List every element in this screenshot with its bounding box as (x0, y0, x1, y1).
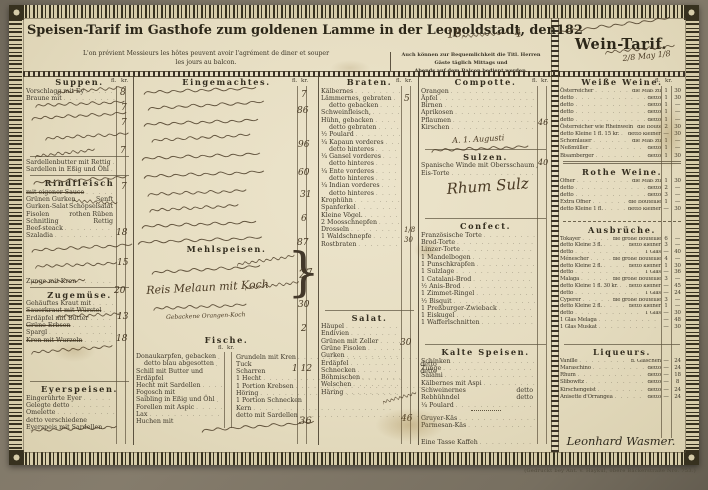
dot-leader (375, 118, 400, 124)
menu-row: Kren mit Wurzeln (26, 337, 133, 344)
wine-measure: detto (647, 193, 661, 199)
dot-leader (480, 440, 535, 446)
wine-measure: die große Bouteille (613, 257, 661, 262)
dot-leader (575, 311, 643, 316)
dot-leader (373, 110, 400, 116)
section-title-eingemachtes: Eingemachtes. (136, 78, 317, 87)
price-fl: 2 (661, 125, 671, 131)
dish-name: Spanische Winde mit Obersschaum , (421, 163, 538, 169)
dot-leader (473, 277, 535, 283)
dot-leader (380, 103, 400, 109)
column-compote-confect: Compotte. Orangen Äpfel Birnen Aprikosen… (421, 77, 550, 447)
dot-leader (365, 213, 400, 219)
subtitle-french: L'on prévient Messieurs les hôtes peuven… (27, 50, 385, 67)
wine-row: Neßmüllerdetto1— (560, 146, 684, 153)
price-kr: 18 (671, 373, 684, 379)
subtitle-french-line1: L'on prévient Messieurs les hôtes peuven… (27, 50, 385, 59)
wine-name: detto (560, 186, 574, 192)
dish-name: Parmesan-Käs (421, 423, 466, 429)
dot-leader (598, 388, 646, 394)
dot-leader (576, 96, 646, 102)
wine-measure: die Bouteille (637, 125, 661, 131)
wine-measure: detto (647, 154, 661, 160)
wine-measure: detto kleiner (629, 243, 661, 248)
dot-leader (604, 264, 627, 269)
dish-name: Gurken (321, 353, 345, 359)
dot-leader (452, 171, 535, 177)
price-fl: — (661, 318, 671, 323)
section-compotte: Orangen Äpfel Birnen Aprikosen Pflaumen … (421, 88, 550, 132)
dot-leader (355, 198, 400, 204)
price-fl: 1 (661, 179, 671, 185)
dot-leader (599, 318, 659, 323)
price-fl: — (661, 380, 671, 386)
price-kr: 30 (671, 311, 684, 316)
dish-name: Rostbraten (321, 242, 356, 248)
wine-name: Extra Ofner (560, 200, 591, 206)
dot-leader (484, 233, 535, 239)
section-title-rothe-weine: Rothe Weine. (560, 168, 684, 177)
wine-measure: detto (647, 380, 661, 386)
dish-name: Vorschlagg mit Ey (26, 89, 84, 95)
section-title-liqueurs: Liqueurs. (560, 348, 684, 357)
dot-leader (443, 366, 535, 372)
dot-leader (353, 382, 400, 388)
dish-name: 1 Portion Schnecken (236, 398, 302, 404)
border-ornament-top (9, 5, 699, 18)
dot-leader (355, 89, 400, 95)
title-text: Speisen-Tarif im Gasthofe zum goldenen L… (27, 23, 556, 38)
dish-name: Kälbernes mit Aspi (421, 381, 482, 387)
section-eyerspeisen: Eingerührte Eyer Gelegte detto Omelette … (26, 395, 133, 431)
menu-row: Häring (321, 389, 418, 396)
border-ornament-right (686, 5, 699, 465)
wine-measure: detto (647, 110, 661, 116)
dot-leader (362, 375, 400, 381)
dot-leader (378, 125, 400, 131)
wine-measure: detto (647, 373, 661, 379)
dot-leader (93, 301, 115, 307)
wine-measure: 1 Glas (645, 270, 661, 275)
dish-name-right: Schöpselsalat (69, 204, 115, 210)
dot-leader (73, 323, 115, 329)
wine-name: detto (560, 250, 573, 255)
menu-row: Sardellen in Eßig und Öhl (26, 167, 133, 174)
dot-leader (86, 89, 115, 95)
wine-measure: detto kleiner (629, 264, 661, 269)
dish-name: Grundeln mit Kren (236, 355, 296, 361)
menu-row: ¼ Poulard (421, 402, 550, 409)
section-sulzen: Spanische Winde mit Obersschaum , Eis-To… (421, 163, 550, 178)
menu-row: Spanische Winde mit Obersschaum , (421, 163, 550, 170)
dish-name: Linzer-Torte (421, 247, 460, 253)
section-title-mehlspeisen: Mehlspeisen. (136, 245, 317, 254)
wine-measure: detto (647, 103, 661, 109)
price-fl: 1 (661, 154, 671, 160)
wine-name: detto (560, 270, 573, 275)
liqueur-name: Kirschengeist (560, 388, 596, 394)
dot-leader (576, 118, 646, 124)
row-kaffeh: Eine Tasse Kaffeh (421, 440, 550, 447)
dot-leader (593, 366, 646, 372)
dot-leader (65, 226, 115, 232)
dish-name: Salami (421, 373, 443, 379)
section-title-sulzen: Sulzen. (421, 153, 550, 162)
dish-name: ¼ Indian vorderes (321, 183, 380, 189)
column-eingemachtes-fische: Eingemachtes. Mehlspeisen. Fische. Donau… (136, 77, 317, 426)
dish-name: Zunge mit Kren (26, 279, 76, 285)
dot-leader (621, 132, 626, 138)
dish-name: Kern (236, 406, 251, 412)
dish-name: Aprikosen (421, 110, 453, 116)
printer-imprint: (Gedruckt bey Ant. v. Haykul, obere Bäck… (430, 468, 696, 474)
handwriting-space (421, 430, 550, 440)
dot-leader (376, 169, 400, 175)
price-fl: — (661, 250, 671, 255)
handwriting-space (26, 240, 133, 278)
wine-row: Bisambergerdetto130 (560, 153, 684, 160)
dot-leader (595, 89, 630, 95)
wine-measure: detto kleiner (628, 207, 661, 213)
dot-leader (91, 316, 116, 322)
price-kr: 24 (671, 291, 684, 296)
handwriting-space (421, 327, 550, 343)
column-soups-beef: Suppen. Vorschlagg mit Ey Braune mit Sar… (26, 77, 133, 432)
dot-leader (216, 362, 222, 368)
dish-name: 1 Wafferlschnitten (421, 320, 480, 326)
section-suppen: Vorschlagg mit Ey Braune mit (26, 88, 133, 103)
column-wine-tarif: Weiße Weine. Österreicherdie Maß zu130 d… (560, 77, 684, 401)
border-ornament-left (9, 5, 22, 465)
section-rindfleisch: mit eigener Sauce Grünen GurkenSenft Gur… (26, 189, 133, 240)
dot-leader (586, 380, 646, 386)
menu-row: 1 Zimmet-Ringel (421, 291, 550, 298)
price-fl: 3 (661, 298, 671, 303)
dish-name: Welschen (321, 382, 351, 388)
liqueur-name: Slibowitz (560, 380, 584, 386)
dot-leader (78, 279, 115, 285)
menu-row: ½ Poulard (321, 132, 418, 139)
wine-name: Schomlauer (560, 139, 591, 145)
dot-leader (604, 304, 627, 309)
signature: Leonhard Wasmer. (556, 434, 686, 448)
price-kr: 30 (671, 89, 684, 95)
wine-name: detto (560, 291, 573, 296)
price-kr: 24 (671, 366, 684, 372)
section-title-kalte-speisen: Kalte Speisen. (421, 348, 550, 357)
liqueur-name: Maraschino (560, 366, 591, 372)
section-ausbrueche: Tokayerdie große Bouteille6— detto Klein… (560, 236, 684, 331)
section-braten: Kälbernes Lämmernes, gebraten detto geba… (321, 88, 418, 249)
menu-row: Spargl (26, 330, 133, 337)
dot-leader (575, 270, 643, 275)
section-kaese: Gruyer-Käs Parmesan-Käs (421, 415, 550, 430)
menu-row: Forellen mit Aspic (136, 404, 224, 411)
dot-leader (379, 220, 400, 226)
price-kr: — (671, 110, 684, 116)
wine-name: detto Kleine 1 fl. 30 kr. (560, 284, 618, 289)
price-kr: — (671, 277, 684, 282)
dot-leader (445, 103, 536, 109)
column-braten-salat: Braten. Kälbernes Lämmernes, gebraten de… (321, 77, 418, 397)
menu-row: Rostbraten (321, 241, 418, 248)
price-fl: 1 (661, 103, 671, 109)
price-fl: 1 (661, 96, 671, 102)
wine-measure: die Bouteille (628, 200, 661, 206)
handwriting-space (321, 249, 418, 309)
wine-name: Cyperer (560, 298, 581, 303)
dish-name: detto hinteres (321, 191, 374, 197)
liqueur-name: Vanille (560, 359, 577, 365)
wine-row: 1 Glas Muskat—30 (560, 324, 684, 331)
dot-leader (203, 383, 223, 389)
dish-name: Eyerspeis mit Sardellen (26, 425, 102, 431)
dish-name: Kälbernes (321, 89, 353, 95)
price-fl: — (661, 132, 671, 138)
price-fl: 3 (661, 277, 671, 282)
wine-row: detto Kleine 1 fl.detto kleiner—30 (560, 207, 684, 214)
wine-name: detto (560, 193, 574, 199)
wine-measure: detto kleiner (628, 132, 661, 138)
dish-name: Endivien (321, 331, 349, 337)
wine-name: Ofner (560, 179, 575, 185)
wine-measure: detto (647, 395, 661, 401)
wine-name: detto (560, 311, 573, 316)
dot-leader (476, 291, 535, 297)
section-confect: Französische Torte Brod-Torte Linzer-Tor… (421, 232, 550, 327)
dot-leader (253, 406, 438, 412)
price-fl: 1 (661, 146, 671, 152)
subtitle-german: Auch können zur Bequemlichkeit die Titl.… (394, 51, 548, 75)
handwriting-space (560, 331, 684, 343)
dot-leader (576, 103, 646, 109)
menu-row: Eine Tasse Kaffeh (421, 440, 550, 447)
wine-name: detto Kleine 1 fl. 15 kr. (560, 132, 619, 138)
dish-name: Huchen mit (136, 419, 173, 426)
handwriting-space (136, 255, 317, 335)
dish-name: Spanferkel (321, 205, 356, 211)
wine-measure: 1 Glas (645, 250, 661, 255)
section-liqueurs: Vanilled. Gläschen—24 Maraschinodetto—24… (560, 358, 684, 401)
price-kr: — (671, 243, 684, 248)
wine-row: Ofnerdie Maß zu130 (560, 178, 684, 185)
dot-leader (620, 284, 627, 289)
dot-leader (599, 325, 659, 330)
wine-name: detto (560, 118, 574, 124)
dish-name: Schweinfleisch, (321, 110, 371, 116)
dot-leader (57, 410, 115, 416)
wine-measure: die Maß zu (632, 139, 661, 145)
dot-leader (380, 339, 400, 345)
menu-row: Braune mit (26, 95, 133, 102)
wine-name: detto Kleine 2 fl. (560, 264, 602, 269)
cheese-divider (471, 410, 501, 413)
menu-row: Äpfel (421, 95, 550, 102)
wine-measure: detto kleiner (629, 284, 661, 289)
dot-leader (64, 96, 115, 102)
dot-leader (71, 403, 115, 409)
dot-leader (596, 154, 646, 160)
dot-leader (451, 125, 535, 131)
wine-row: Slibowitzdetto—8 (560, 380, 684, 387)
wine-name: 1 Glas Melaga (560, 318, 597, 323)
price-kr: 36 (671, 270, 684, 275)
menu-row: Lax (136, 412, 224, 419)
menu-row: Rebhühndeldetto (421, 395, 550, 402)
price-fl: — (661, 359, 671, 365)
price-kr: 8 (671, 380, 684, 386)
dot-leader (376, 176, 400, 182)
dish-name: Häring (321, 390, 343, 396)
dot-leader (84, 396, 115, 402)
liqueur-name: Rhum (560, 373, 576, 379)
price-fl: — (661, 395, 671, 401)
dish-name: Erdäpfel (321, 361, 349, 367)
section-title-compotte: Compotte. (421, 78, 550, 87)
dot-leader (217, 398, 222, 404)
dot-leader (358, 368, 400, 374)
section-title-braten: Braten. (321, 78, 418, 87)
section-divider (563, 161, 681, 167)
price-kr: 30 (671, 179, 684, 185)
dot-leader (445, 373, 535, 379)
wine-row: Anisette d'Orrangeadetto—24 (560, 394, 684, 401)
dish-name: 1 Catalani-Brod (421, 277, 471, 283)
dot-leader (346, 324, 400, 330)
menu-row: Parmesan-Käs (421, 423, 550, 430)
price-kr: — (671, 118, 684, 124)
dot-leader (351, 361, 401, 367)
dot-leader (463, 284, 535, 290)
dot-leader (457, 313, 536, 319)
dot-leader (86, 190, 115, 196)
dot-leader (590, 146, 645, 152)
dish-name: Grünen mit Zeller (321, 339, 378, 345)
dish-name: 1 Waldschnepfe (321, 234, 371, 240)
dot-leader (218, 355, 222, 361)
dot-leader (604, 243, 627, 248)
wine-measure: die Maß zu (632, 89, 661, 95)
dish-name: Rebhühndel (421, 395, 460, 401)
dot-leader (462, 247, 535, 253)
fische-left-list: Donaukarpfen, gebacken detto blau abgeso… (136, 354, 224, 426)
dot-leader (454, 299, 535, 305)
menu-row: Orangen (421, 88, 550, 95)
price-fl: 6 (661, 237, 671, 242)
dot-leader (576, 193, 646, 199)
price-kr: — (671, 304, 684, 309)
section-title-fische: Fische. (136, 336, 317, 345)
dish-name: 1 Hecht (236, 376, 261, 382)
wine-name: detto (560, 110, 574, 116)
dot-leader (196, 405, 222, 411)
price-fl: 3 (661, 243, 671, 248)
dot-leader (582, 237, 610, 242)
dot-leader (576, 110, 646, 116)
price-fl: 2 (661, 186, 671, 192)
wine-name: Ménescher (560, 257, 589, 262)
price-kr: 30 (671, 132, 684, 138)
dot-leader (351, 331, 400, 337)
section-title-rindfleisch: Rindfleisch (26, 179, 133, 188)
handwriting-space (26, 103, 133, 155)
price-kr: 45 (671, 284, 684, 289)
price-kr: — (671, 257, 684, 262)
wine-measure: die Maß zu (632, 179, 661, 185)
dish-name: Gurken-Salat (26, 204, 68, 210)
dish-name: detto hinteres (321, 161, 374, 167)
price-kr: — (671, 103, 684, 109)
dot-leader (84, 338, 115, 344)
dot-leader (457, 240, 535, 246)
dot-leader (455, 110, 535, 116)
photo-background: Speisen-Tarif im Gasthofe zum goldenen L… (0, 0, 708, 490)
section-title-suppen: Suppen. (26, 78, 133, 87)
price-fl: — (661, 284, 671, 289)
dot-leader (593, 200, 627, 206)
wine-name: Bisamberger (560, 154, 594, 160)
dot-leader (376, 147, 400, 153)
dot-leader (468, 423, 535, 429)
dot-leader (358, 205, 400, 211)
wine-name: detto Kleine 3 fl. (560, 243, 602, 248)
dot-leader (583, 298, 611, 303)
dot-leader (373, 234, 400, 240)
dish-name: Kren mit Wurzeln (26, 338, 82, 344)
dot-leader (605, 207, 626, 213)
section-sardellen: Sardellenbutter mit Rettig Sardellen in … (26, 160, 133, 175)
section-weisse-weine: Österreicherdie Maß zu130 dettodetto130 … (560, 88, 684, 160)
price-kr: — (671, 193, 684, 199)
wine-tarif-title: Wein-Tarif. (558, 36, 684, 53)
border-corner-rosette (9, 5, 24, 20)
wine-measure: d. Gläschen (631, 359, 662, 365)
handwriting-space (421, 177, 550, 217)
price-fl: 1 (661, 118, 671, 124)
price-fl: 1 (661, 89, 671, 95)
wine-row: detto1 Glas—24 (560, 290, 684, 297)
section-kalte-speisen: Schinken Zunge Salami Kälbernes mit Aspi… (421, 358, 550, 409)
section-salat: Häupel Endivien Grünen mit Zeller Grüne … (321, 324, 418, 397)
dot-leader (347, 353, 400, 359)
dot-leader (591, 257, 611, 262)
dish-name: ¼ Poulard (421, 403, 454, 409)
section-title-confect: Confect. (421, 222, 550, 231)
section-title-ausbrueche: Ausbrüche. (560, 226, 684, 235)
menu-row: Kirschen (421, 124, 550, 131)
dot-leader (150, 412, 223, 418)
wine-measure: detto (647, 366, 661, 372)
dot-leader (383, 154, 400, 160)
price-fl: — (661, 373, 671, 379)
dot-leader (575, 250, 643, 255)
section-zugemuese: Gehäuftes Kraut mit Sauerkraut mit Würst… (26, 301, 133, 345)
dot-leader (376, 161, 400, 167)
wine-measure: detto (647, 96, 661, 102)
dot-leader (456, 269, 535, 275)
dot-leader (356, 132, 400, 138)
wine-name: 1 Glas Muskat (560, 325, 597, 330)
price-kr: — (671, 200, 684, 206)
dot-leader (577, 179, 630, 185)
section-title-zugemuese: Zugemüse. (26, 291, 133, 300)
price-kr: 30 (671, 125, 684, 131)
menu-row: Schill mit Butter und Erdäpfel (136, 369, 224, 383)
wine-measure: 1 Glas (645, 311, 661, 316)
price-fl: 1 (661, 264, 671, 269)
subtitle-german-line2: Abends auf dem Balcon bedient werden. (394, 67, 548, 75)
page-title: Speisen-Tarif im Gasthofe zum goldenen L… (27, 23, 544, 38)
